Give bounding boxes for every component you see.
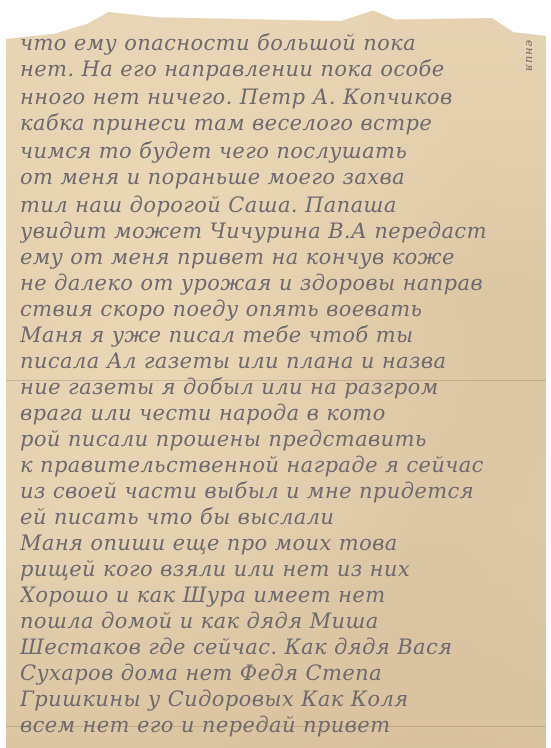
text-line: врага или чести народа в кото [20,400,530,426]
text-line: ние газеты я добыл или на разгром [20,374,530,400]
text-line: что ему опасности большой пока [20,30,530,56]
text-line: Маня я уже писал тебе чтоб ты [20,322,530,348]
text-line: увидит может Чичурина В.А передаст [20,218,530,244]
text-line: ему от меня привет на кончув коже [20,244,530,270]
text-line: пошла домой и как дядя Миша [20,608,530,634]
text-line: чимся то будет чего послушать [20,138,530,164]
text-line: Сухаров дома нет Федя Степа [20,660,530,686]
text-line: нного нет ничего. Петр А. Копчиков [20,84,530,110]
text-line: Маня опиши еще про моих това [20,530,530,556]
text-line: Шестаков где сейчас. Как дядя Вася [20,634,530,660]
text-line: кабка принеси там веселого встре [20,110,530,136]
text-line: тил наш дорогой Саша. Папаша [20,192,530,218]
handwritten-text: что ему опасности большой пока нет. На е… [0,0,551,748]
text-line: Хорошо и как Шура имеет нет [20,582,530,608]
text-line: не далеко от урожая и здоровы направ [20,270,530,296]
text-line: писала Ал газеты или плана и назва [20,348,530,374]
text-line: нет. На его направлении пока особе [20,56,530,82]
text-line: ей писать что бы выслали [20,504,530,530]
text-line: всем нет его и передай привет [20,712,530,738]
text-line: из своей части выбыл и мне придется [20,478,530,504]
text-line: Гришкины у Сидоровых Как Коля [20,686,530,712]
text-line: ствия скоро поеду опять воевать [20,296,530,322]
text-line: рищей кого взяли или нет из них [20,556,530,582]
text-line: от меня и пораньше моего захва [20,164,530,190]
text-line: рой писали прошены представить [20,426,530,452]
text-line: к правительственной награде я сейчас [20,452,530,478]
